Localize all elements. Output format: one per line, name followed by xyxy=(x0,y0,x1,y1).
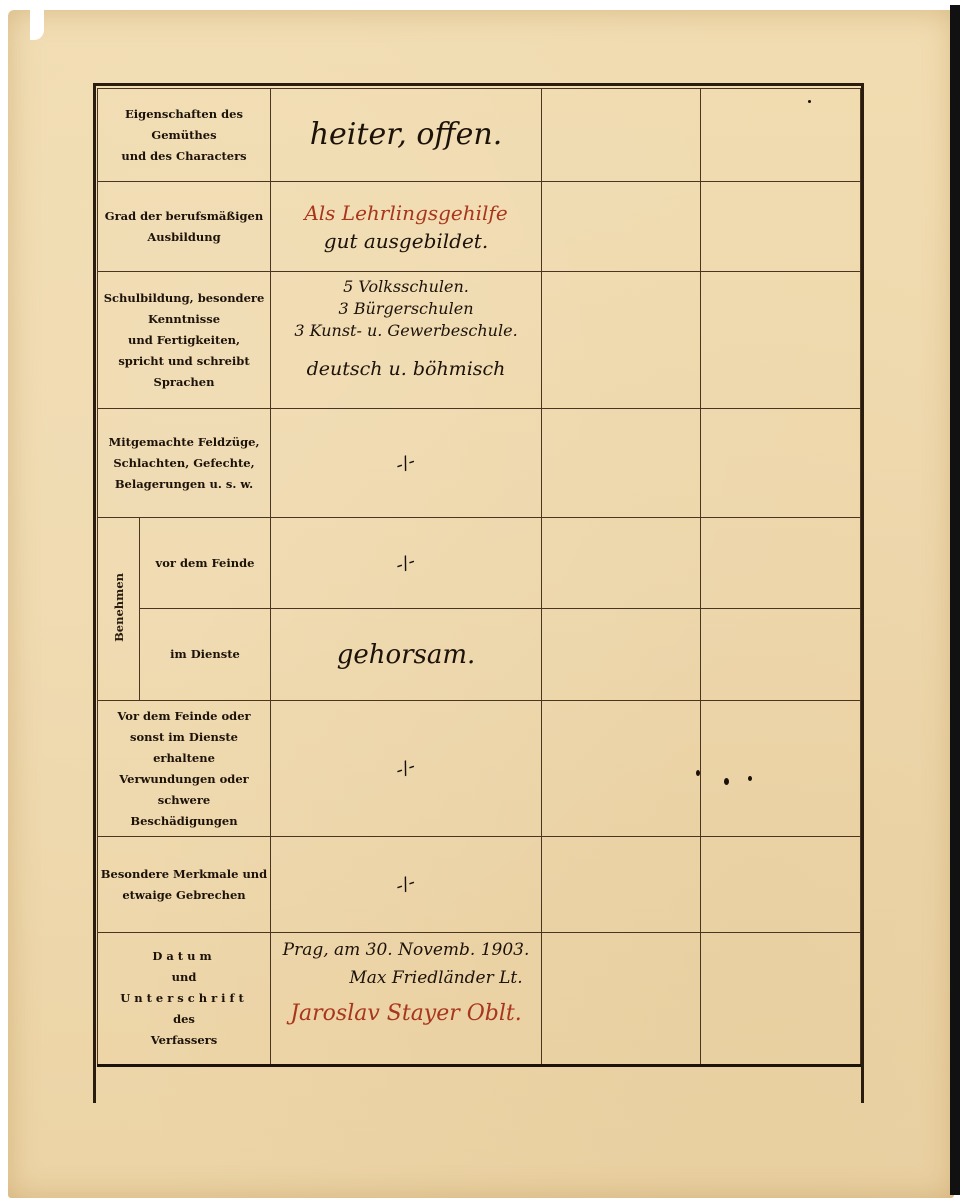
empty-cell xyxy=(701,272,861,409)
empty-cell xyxy=(542,518,701,609)
entry-training: Als Lehrlingsgehilfe gut ausgebildet. xyxy=(271,182,542,272)
label-schooling: Schulbildung, besondere Kenntnisse und F… xyxy=(98,272,271,409)
empty-cell xyxy=(701,609,861,701)
nil-mark: -/- xyxy=(394,550,419,576)
torn-corner xyxy=(30,10,44,40)
row-temperament: Eigenschaften des Gemüthes und des Chara… xyxy=(98,89,861,182)
label-conduct-group: Benehmen xyxy=(98,518,140,701)
row-training: Grad der berufsmäßigen Ausbildung Als Le… xyxy=(98,182,861,272)
empty-cell xyxy=(542,933,701,1066)
entry-features: -/- xyxy=(271,837,542,933)
signature-2: Jaroslav Stayer Oblt. xyxy=(271,1003,541,1025)
empty-cell xyxy=(542,182,701,272)
entry-conduct-enemy: -/- xyxy=(271,518,542,609)
empty-cell xyxy=(542,272,701,409)
empty-cell xyxy=(542,409,701,518)
scan-edge xyxy=(950,5,960,1195)
entry-campaigns: -/- xyxy=(271,409,542,518)
empty-cell xyxy=(701,933,861,1066)
empty-cell xyxy=(701,837,861,933)
nil-mark: -/- xyxy=(394,872,419,898)
ink-speck xyxy=(724,778,729,785)
empty-cell xyxy=(701,89,861,182)
entry-conduct-service: gehorsam. xyxy=(271,609,542,701)
label-training: Grad der berufsmäßigen Ausbildung xyxy=(98,182,271,272)
ink-speck xyxy=(808,100,811,103)
label-campaigns: Mitgemachte Feldzüge, Schlachten, Gefech… xyxy=(98,409,271,518)
row-wounds: Vor dem Feinde oder sonst im Dienste erh… xyxy=(98,701,861,837)
label-temperament: Eigenschaften des Gemüthes und des Chara… xyxy=(98,89,271,182)
entry-wounds: -/- xyxy=(271,701,542,837)
row-signature: Datum und Unterschrift des Verfassers Pr… xyxy=(98,933,861,1066)
label-conduct-service: im Dienste xyxy=(140,609,271,701)
label-features: Besondere Merkmale und etwaige Gebrechen xyxy=(98,837,271,933)
empty-cell xyxy=(701,518,861,609)
empty-cell xyxy=(701,701,861,837)
empty-cell xyxy=(542,609,701,701)
label-signature: Datum und Unterschrift des Verfassers xyxy=(98,933,271,1066)
row-campaigns: Mitgemachte Feldzüge, Schlachten, Gefech… xyxy=(98,409,861,518)
nil-mark: -/- xyxy=(394,450,419,476)
row-features: Besondere Merkmale und etwaige Gebrechen… xyxy=(98,837,861,933)
empty-cell xyxy=(701,409,861,518)
signature-1: Max Friedländer Lt. xyxy=(271,967,541,989)
date-place: Prag, am 30. Novemb. 1903. xyxy=(271,939,541,961)
nil-mark: -/- xyxy=(394,756,419,782)
row-conduct-enemy: Benehmen vor dem Feinde -/- xyxy=(98,518,861,609)
empty-cell xyxy=(542,701,701,837)
qualification-form-table: Eigenschaften des Gemüthes und des Chara… xyxy=(97,88,861,1067)
ink-speck xyxy=(748,776,752,781)
entry-signature: Prag, am 30. Novemb. 1903. Max Friedländ… xyxy=(271,933,542,1066)
label-wounds: Vor dem Feinde oder sonst im Dienste erh… xyxy=(98,701,271,837)
entry-temperament: heiter, offen. xyxy=(271,89,542,182)
row-schooling: Schulbildung, besondere Kenntnisse und F… xyxy=(98,272,861,409)
label-conduct-enemy: vor dem Feinde xyxy=(140,518,271,609)
empty-cell xyxy=(542,837,701,933)
empty-cell xyxy=(542,89,701,182)
ink-speck xyxy=(696,770,700,776)
row-conduct-service: im Dienste gehorsam. xyxy=(98,609,861,701)
entry-schooling: 5 Volksschulen. 3 Bürgerschulen 3 Kunst-… xyxy=(271,272,542,409)
empty-cell xyxy=(701,182,861,272)
